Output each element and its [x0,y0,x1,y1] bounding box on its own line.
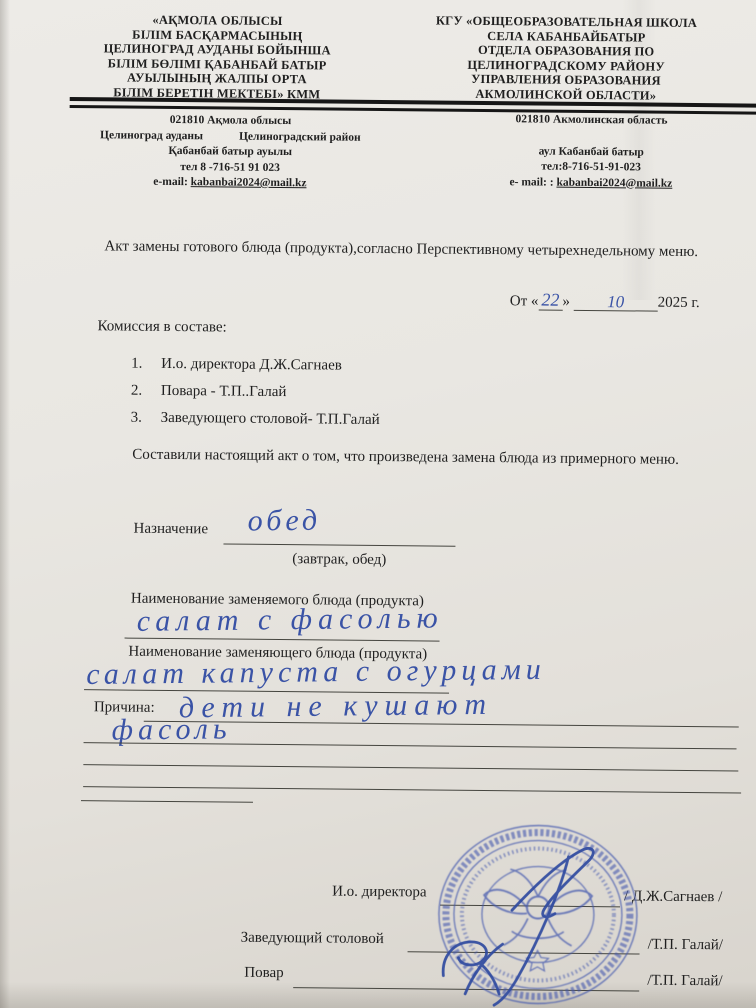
handwritten-month: 10 [574,293,658,312]
letterhead-line: КГУ «ОБЩЕОБРАЗОВАТЕЛЬНАЯ ШКОЛА [408,13,724,31]
reason-blank-line-short [81,800,253,803]
member-text: Повара - Т.П..Галай [161,378,287,406]
statement-paragraph: Составили настоящий акт о том, что произ… [96,444,688,471]
reason-blank-line [83,786,741,793]
commission-member: 3.Заведующего столовой- Т.П.Галай [131,405,591,436]
email-label: e-mail: [153,176,190,188]
handwritten-day: 22 [538,290,562,311]
district-line: Целиноград ауданыЦелиноградский район [61,127,399,146]
member-text: Заведующего столовой- Т.П.Галай [161,405,380,434]
letterhead-kazakh: «АҚМОЛА ОБЛЫСЫ БІЛІМ БАСҚАРМАСЫНЫҢ ЦЕЛИН… [64,12,371,102]
letterhead-russian: КГУ «ОБЩЕОБРАЗОВАТЕЛЬНАЯ ШКОЛА СЕЛА КАБА… [408,13,725,103]
address-block-kazakh: 021810 Ақмола облысы Целиноград ауданыЦе… [61,112,400,193]
date-line: От «22» 102025 г. [510,289,700,312]
signature-role-cook: Повар [244,965,284,982]
document-content: «АҚМОЛА ОБЛЫСЫ БІЛІМ БАСҚАРМАСЫНЫҢ ЦЕЛИН… [0,0,756,1008]
purpose-hint: (завтрак, обед) [223,550,455,569]
list-number: 3. [131,405,161,432]
date-close-quote: » [562,294,570,310]
date-year: 2025 г. [658,295,700,311]
purpose-label: Назначение [134,521,209,539]
district-kz: Целиноград ауданы [100,128,203,144]
date-prefix: От « [510,293,539,309]
document-photo: «АҚМОЛА ОБЛЫСЫ БІЛІМ БАСҚАРМАСЫНЫҢ ЦЕЛИН… [0,0,756,1008]
document-title: Акт замены готового блюда (продукта),сог… [93,235,709,263]
replaced-dish-blank-line [125,638,440,642]
district-ru: Целиноградский район [239,129,361,146]
purpose-blank-line [223,543,455,546]
letterhead-line: БІЛІМ БӨЛІМІ ҚАБАНБАЙ БАТЫР [64,55,370,72]
handwritten-signature-icon [389,815,671,1008]
member-text: И.о. директора Д.Ж.Сагнаев [161,351,342,380]
reason-blank-line [83,764,738,771]
signature-role-canteen-manager: Заведующий столовой [241,930,384,948]
email-line: e-mail: kabanbai2024@mail.kz [61,174,399,193]
address-block-russian: 021810 Акмолинская область аул Кабанбай … [441,112,742,193]
commission-list: 1.И.о. директора Д.Ж.Сагнаев 2.Повара - … [131,351,592,436]
handwritten-replaced-dish: салат с фасолью [137,601,444,638]
email-label: e- mail: : [509,176,556,188]
commission-heading: Комиссия в составе: [97,318,226,336]
list-number: 1. [131,351,161,378]
email-line: e- mail: : kabanbai2024@mail.kz [441,174,741,192]
list-number: 2. [131,378,161,405]
handwritten-replacing-dish: салат капуста с огурцами [86,653,546,692]
email-address: kabanbai2024@mail.kz [191,176,307,189]
email-address: kabanbai2024@mail.kz [556,176,672,189]
handwritten-purpose-value: обед [247,504,321,539]
